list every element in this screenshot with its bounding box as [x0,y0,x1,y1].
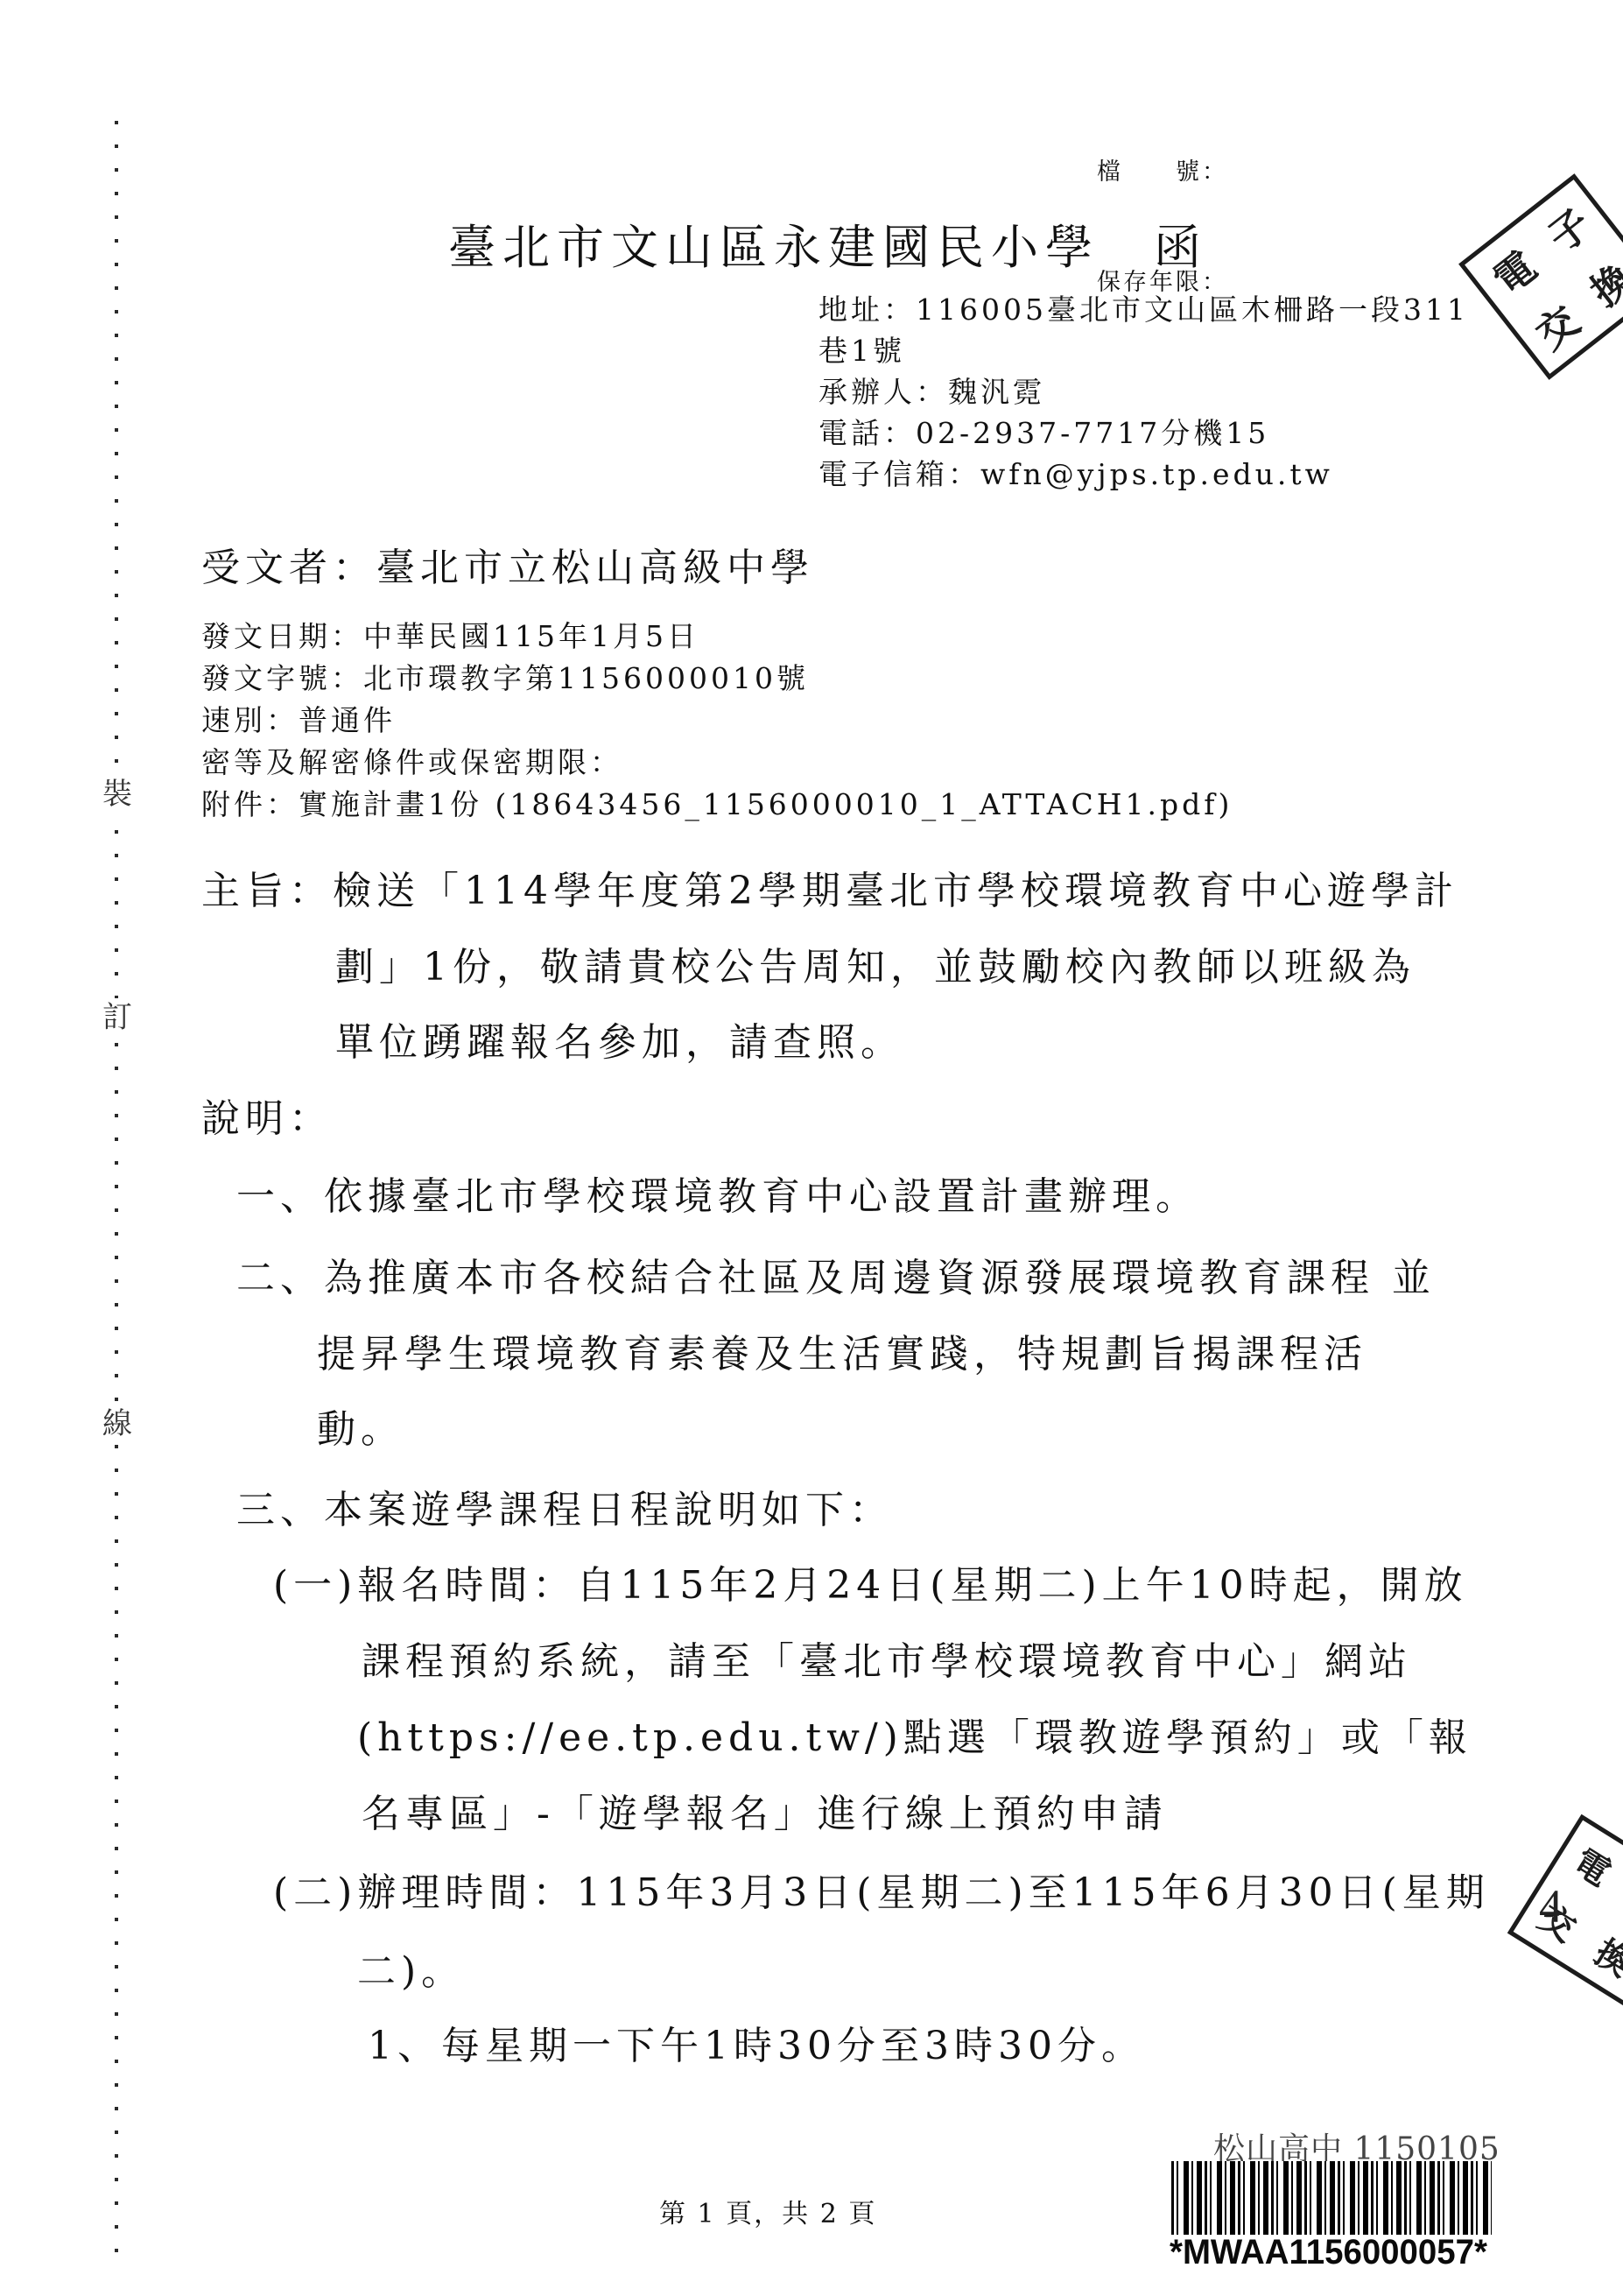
stamp-page-number: 4 [1539,1879,1563,1933]
electronic-exchange-stamp: 電 子 交 換 [1458,173,1623,380]
item-3-1-line-3: (https://ee.tp.edu.tw/)點選「環教遊學預約」或「報 [357,1706,1472,1762]
footer-page-info: 第 1 頁，共 2 頁 [659,2192,876,2230]
stamp-char: 電 [1479,236,1547,306]
item-3-1-line-1: (一)報名時間：自115年2月24日(星期二)上午10時起，開放 [273,1553,1468,1609]
barcode [1171,2161,1492,2235]
sender-address-line1: 地址：116005臺北市文山區木柵路一段311 [819,289,1469,330]
explanation-header: 說明： [201,1087,333,1143]
subject-line-3: 單位踴躍報名參加，請查照。 [335,1011,904,1067]
item-2-line-2: 提昇學生環境教育素養及生活實踐，特規劃旨揭課程活 [317,1322,1367,1378]
barcode-text: *MWAA1156000057* [1170,2233,1482,2272]
security-class: 密等及解密條件或保密期限： [201,742,1233,784]
item-3-2-line-1: (二)辦理時間：115年3月3日(星期二)至115年6月30日(星期 [273,1861,1490,1917]
document-number: 發文字號：北市環教字第1156000010號 [201,658,1233,700]
stamp-char: 換 [1577,248,1623,318]
binding-mark-zhuang: 裝 [96,775,138,813]
document-meta-block: 發文日期：中華民國115年1月5日 發文字號：北市環教字第1156000010號… [201,616,1233,826]
sender-phone: 電話：02-2937-7717分機15 [819,412,1469,454]
stamp-char: 換 [1586,1926,1623,1987]
item-3-1-line-2: 課程預約系統，請至「臺北市學校環境教育中心」網站 [362,1630,1412,1686]
issue-date: 發文日期：中華民國115年1月5日 [201,616,1233,658]
item-3-1-line-4: 名專區」-「遊學報名」進行線上預約申請 [362,1782,1168,1838]
sender-contact: 承辦人：魏汎霓 [819,371,1469,412]
item-2-line-1: 二、為推廣本市各校結合社區及周邊資源發展環境教育課程 並 [236,1246,1436,1302]
binding-mark-ding: 訂 [96,998,138,1037]
sender-address-line2: 巷1號 [819,330,1469,371]
binding-dotted-line [115,121,118,2254]
subject-line-1: 主旨：檢送「114學年度第2學期臺北市學校環境教育中心遊學計 [201,859,1458,915]
stamp-char: 電 [1565,1835,1621,1897]
speed-class: 速別：普通件 [201,700,1233,742]
item-1: 一、依據臺北市學校環境教育中心設置計畫辦理。 [236,1165,1199,1221]
item-2-line-3: 動。 [317,1398,404,1454]
item-3: 三、本案遊學課程日程說明如下： [236,1478,893,1534]
electronic-exchange-stamp-fragment: 電 子 交 換 [1507,1814,1623,2007]
file-number-label: 檔 號： [1097,154,1228,191]
attachment-info: 附件：實施計畫1份 (18643456_1156000010_1_ATTACH1… [201,784,1233,826]
sender-email: 電子信箱：wfn@yjps.tp.edu.tw [819,454,1469,495]
subject-line-2: 劃」1份，敬請貴校公告周知，並鼓勵校內教師以班級為 [335,935,1416,991]
document-title: 臺北市文山區永建國民小學 函 [448,210,1208,278]
item-3-2-line-2: 二)。 [357,1940,465,1996]
stamp-char: 交 [1522,290,1590,360]
item-3-2-sub-1: 1、每星期一下午1時30分至3時30分。 [368,2014,1145,2070]
stamp-char: 子 [1534,193,1601,263]
recipient-line: 受文者：臺北市立松山高級中學 [201,536,814,592]
binding-mark-xian: 線 [96,1405,138,1443]
official-letter-page: 裝 訂 線 檔 號： 保存年限： 電 子 交 換 臺北市文山區永建國民小學 函 … [0,0,1623,2296]
sender-info-block: 地址：116005臺北市文山區木柵路一段311 巷1號 承辦人：魏汎霓 電話：0… [819,289,1469,495]
